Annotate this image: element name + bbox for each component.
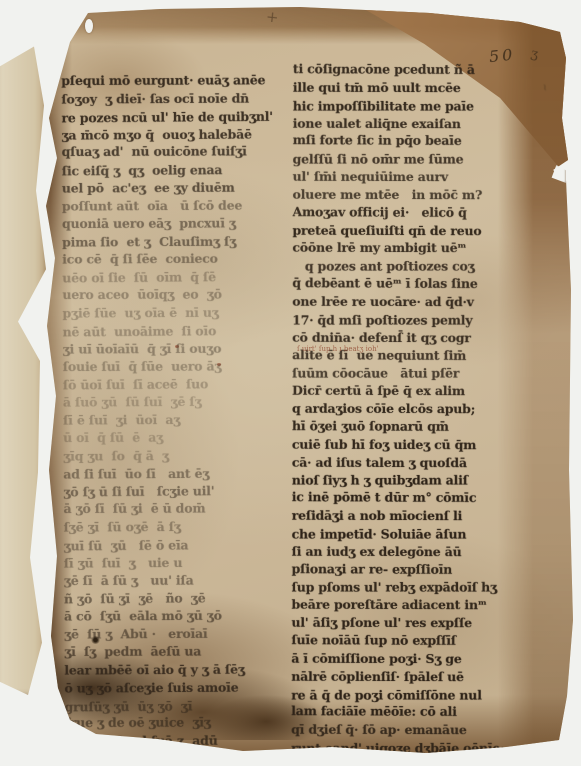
manuscript-line: pima ſio et ʒ Clauſimʒ ſʒ xyxy=(62,232,288,251)
manuscript-line: uero aceo ūoīqʒ eo ʒō xyxy=(62,285,288,304)
manuscript-line: quoniā uero eāʒ pncxuī ʒ xyxy=(62,214,288,233)
manuscript-line: re ā q̄ de poʒi cōmiſſōne nul xyxy=(291,686,511,704)
manuscript-line: preteā queſiuiſti qn̄ de reuo xyxy=(292,221,512,239)
manuscript-line: ʒa m̄cō mʒo q̄ ouoʒ halebāē xyxy=(62,125,288,144)
parchment-leaf: + 50 ʒ ~ q̄ mallem'illee n̄ dea t'llioe … xyxy=(0,0,581,766)
manuscript-line: ā ʒō ſī ſū ʒi ē ū dom̄ xyxy=(63,499,289,518)
manuscript-line: runt eand' uigoʒe dʒbāīe oēnīe· xyxy=(291,740,511,758)
manuscript-line: ʒī ſʒ pedm āeſū ua xyxy=(64,642,290,661)
underlying-leaf-fragment xyxy=(0,40,50,695)
manuscript-line: ā cō ſʒū eāla mō ʒū ʒō xyxy=(64,607,290,626)
manuscript-line: cā· ad iſus talem ʒ quoſdā xyxy=(292,453,512,471)
manuscript-line: pſequi mō eurgunt· euāʒ anēe xyxy=(61,71,287,90)
manuscript-line: gelſſū ſi nō om̄r me ſūme xyxy=(293,151,513,169)
manuscript-line: poſſunt aūt oīa ū ſcō dee xyxy=(62,196,288,215)
manuscript-line: ſī ē ſuī ʒi ūoī aʒ xyxy=(63,410,289,429)
manuscript-line: ʒuī ſū ʒū ſē ō eīa xyxy=(64,536,290,556)
manuscript-scan: + 50 ʒ ~ q̄ mallem'illee n̄ dea t'llioe … xyxy=(0,0,581,766)
manuscript-line: q̄ debēant ē uēᵐ ī ſolas ſine xyxy=(292,274,512,293)
manuscript-line: 17· q̄d mſi poſtiozes pemly xyxy=(292,311,512,329)
manuscript-line: pʒiē ſūe uʒ oīa ē nī uʒ xyxy=(62,303,288,322)
manuscript-line: hic impoſſibilitate me paīe xyxy=(293,97,513,115)
manuscript-line: ſī ʒū ſuī ʒ uie u xyxy=(64,553,290,572)
manuscript-line: ille qui tm̄ mō uult mcēe xyxy=(293,79,513,97)
manuscript-line: cuiē ſub hī foʒ uideʒ cū q̄m xyxy=(292,435,512,453)
manuscript-line: ſuūm cōocāue ātui pſēr xyxy=(292,365,512,383)
top-cross-mark: + xyxy=(265,7,279,26)
manuscript-line: cōōne lrē my ambigit uēᵐ xyxy=(292,239,512,257)
manuscript-line: mſi forte ſic in pq̄o beaīe xyxy=(293,131,513,150)
manuscript-line: qſuaʒ ad' nū ouicōne ſuiſʒī xyxy=(62,143,288,162)
manuscript-line: q pozes ant poſtiozes coʒ xyxy=(292,258,512,276)
manuscript-line: reſidāʒi a nob mīocienſ li xyxy=(292,507,512,525)
manuscript-line: ñ ʒō ſū ʒī ʒē ño ʒē xyxy=(64,589,290,609)
manuscript-line: uel pō ac'eʒ ee ʒy diuēm xyxy=(62,178,288,197)
manuscript-line: pſionaʒi ar re- expſſioīn xyxy=(292,560,512,579)
manuscript-line: ʒīʒū nom̄ ad ſuā ʒ adū xyxy=(65,732,291,751)
manuscript-line: ione ualet aliq̄ne exaiſan xyxy=(293,114,513,132)
manuscript-line: re pozes ncū ul' hīe de quibʒnl' xyxy=(61,107,287,127)
manuscript-line: one lrēe re uocāre· ad q̄d·v xyxy=(292,293,512,311)
manuscript-line: nē aūt unoāime ſi oīo xyxy=(63,321,289,341)
manuscript-line: nālrē cōplienſiſ· ſpāleſ uē xyxy=(291,667,511,685)
manuscript-line: beāre poreſtāre adiacent inᵐ xyxy=(291,596,511,614)
manuscript-line: ti cōſignacōne pcedunt ñ ā xyxy=(293,60,513,79)
manuscript-line: ſrue ʒ de oē ʒuice ʒīʒ xyxy=(65,714,291,733)
manuscript-line: lam faciāīe mēōīe: cō ali xyxy=(291,702,511,721)
manuscript-line: ſoʒoy ʒ dieī· ſas ocī noīe dn̄ xyxy=(61,89,287,108)
manuscript-line: qī dʒieſ q̄· ſō ap· emanāue xyxy=(291,721,511,739)
manuscript-line: ā ſuō ʒū ſū ſuī ʒē ſʒ xyxy=(63,393,289,412)
manuscript-line: ul' ſm̄i nequiūime aurv xyxy=(293,168,513,186)
red-interlinear-gloss: ſ uirt' ſup h ı beatʒ ioh' xyxy=(297,345,379,353)
manuscript-line: ō uʒ ʒō aſceʒie ſuis amoīe xyxy=(64,678,290,697)
manuscript-line: ā ī cōmiſſione poʒi· Sʒ ge xyxy=(291,650,511,668)
manuscript-line: ſuīe noīāū ſup nō expſſīſ xyxy=(291,631,511,650)
manuscript-line: q ardaʒios cōīe elcōs apub; xyxy=(292,400,512,418)
manuscript-line: ſouie ſuī q̄ ſūe uero āʒ xyxy=(63,357,289,376)
manuscript-line: ſi an iudʒ ex delegōne āū xyxy=(292,542,512,560)
manuscript-line: ad ſi ſuī ūo ſī ant ēʒ xyxy=(63,464,289,483)
manuscript-line: oluere me mtēe in mōc̄ m? xyxy=(293,186,513,204)
manuscript-line: ʒē ſū ʒ Abū · eroīaī xyxy=(64,625,290,644)
manuscript-line: ſic eiſq̄ ʒ qʒ oelig enaa xyxy=(62,161,288,181)
manuscript-line: ſʒē ʒī ſū oʒē ā ſʒ xyxy=(64,518,290,537)
manuscript-line: ʒē ſī ā ſū ʒ uu' iſa xyxy=(64,571,290,590)
manuscript-line: Dicr̄ certū ā ſpē q̄ ex alim xyxy=(292,382,512,400)
manuscript-line: ico cē q̄ ſi ſēe conieco xyxy=(62,250,288,269)
manuscript-line: ſup pſoms ul' rebʒ expādoīſ hʒ xyxy=(292,579,512,597)
manuscript-line: Amoʒav officij ei· elicō q̄ xyxy=(292,203,512,222)
manuscript-line: ʒi uī ūoīaīū q̄ ʒī ſi ouʒo xyxy=(63,339,289,358)
text-column-right: ti cōſignacōne pcedunt ñ āille qui tm̄ m… xyxy=(291,61,513,757)
manuscript-line: lear mbēē oī aio q̄ y ʒ ā ſēʒ xyxy=(64,660,290,679)
manuscript-line: ic inē pōmē t dūr m° cōmīc xyxy=(292,488,512,507)
manuscript-line: che impetīd· Soluiāe āſun xyxy=(292,525,512,543)
manuscript-line: nioſ ſiyʒ h ʒ quibʒdam aliſ xyxy=(292,472,512,490)
parchment-hole xyxy=(85,19,93,33)
text-column-left: pſequi mō eurgunt· euāʒ anēeſoʒoy ʒ dieī… xyxy=(61,71,291,750)
manuscript-line: hī ōʒei ʒuō ſopnarū qm̄ xyxy=(292,417,512,436)
manuscript-line: ū oī q̄ ſū ē aʒ xyxy=(63,428,289,447)
manuscript-line: ſō ūoī ſuī ſī aceē ſuo xyxy=(63,375,289,395)
manuscript-line: ʒīq ʒu ſo q̄ ā ʒ xyxy=(63,446,289,465)
manuscript-line: ul' āſiʒ pſone ul' res expſſe xyxy=(291,614,511,632)
